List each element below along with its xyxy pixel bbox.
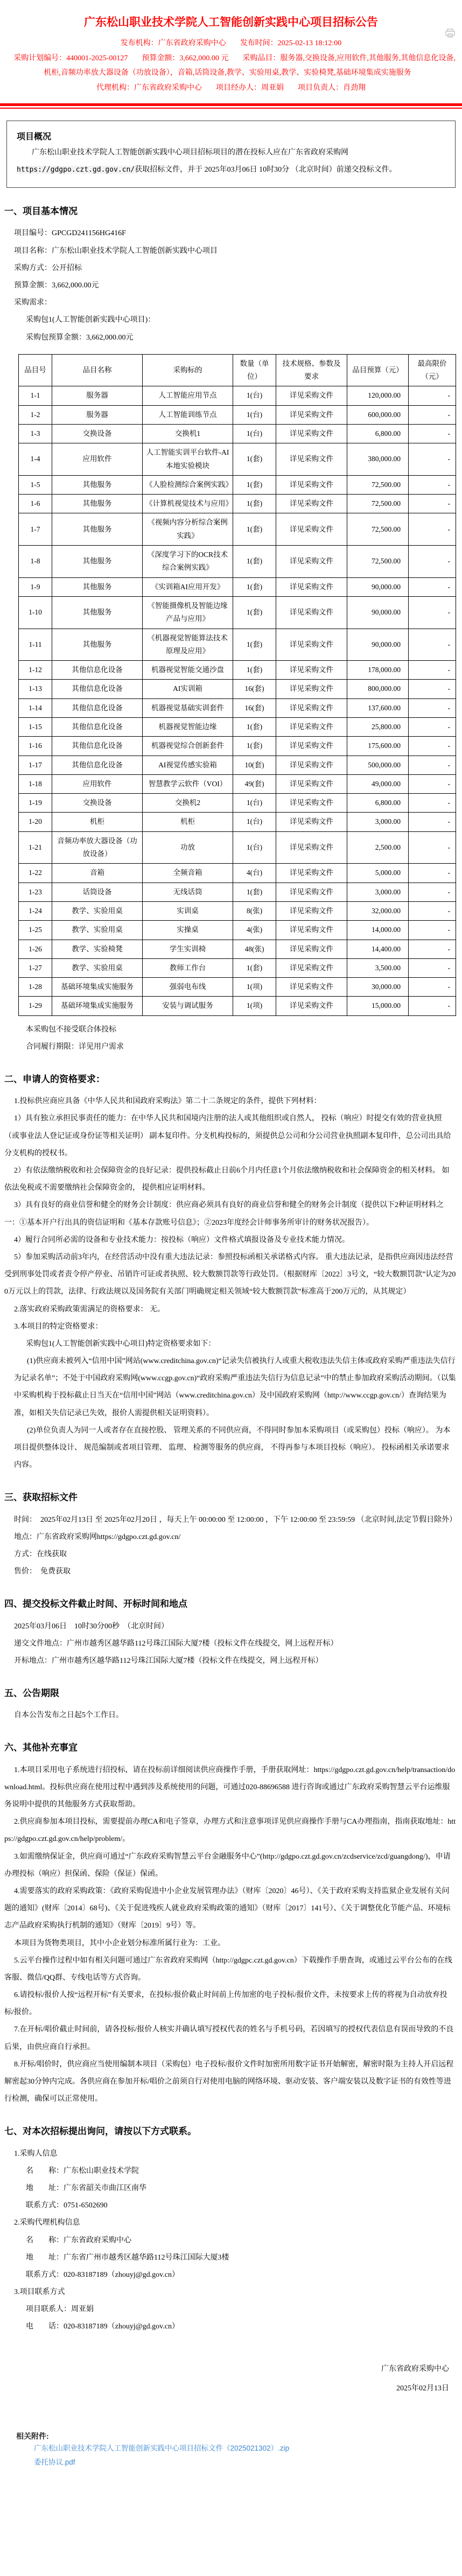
cell-price-cap: -	[409, 513, 456, 546]
cell-item-name: 其他服务	[52, 596, 143, 629]
cell-target: 《实训箱AI应用开发》	[143, 577, 233, 596]
procurement-site-url: https://gdgpo.czt.gd.gov.cn/	[17, 166, 135, 174]
paragraph: 5）参加采购活动前3年内，在经营活动中没有重大违法记录：参照投标函相关承诺格式内…	[4, 1249, 457, 1301]
paragraph: 地 址：广东省韶关市曲江区南华	[4, 2180, 457, 2197]
signature-date: 2025年02月13日	[4, 2379, 449, 2398]
cell-quantity: 49(套)	[233, 774, 276, 793]
cell-price-cap: -	[409, 577, 456, 596]
cell-price-cap: -	[409, 883, 456, 901]
cell-item-no: 1-14	[19, 698, 52, 717]
cell-price-cap: -	[409, 831, 456, 864]
cell-quantity: 16(套)	[233, 698, 276, 717]
cell-quantity: 8(张)	[233, 901, 276, 920]
cell-item-name: 音箱	[52, 864, 143, 883]
cell-target: 学生实训椅	[143, 940, 233, 958]
table-row: 1-14 其他信息化设备 机器视觉基础实训套件 16(套) 详见采购文件 137…	[19, 698, 456, 717]
cell-item-name: 其他服务	[52, 513, 143, 546]
cell-budget: 49,000.00	[347, 774, 409, 793]
paragraph: 2.供应商参加本项目投标，需要提前办理CA和电子签章，办理方式和注意事项详见供应…	[4, 1813, 457, 1848]
cell-target: 机柜	[143, 813, 233, 831]
table-row: 1-27 教学、实验用桌 教师工作台 1(套) 详见采购文件 3,500.00 …	[19, 958, 456, 977]
table-row: 1-16 其他信息化设备 机器视觉综合创新套件 1(套) 详见采购文件 175,…	[19, 737, 456, 756]
cell-item-no: 1-28	[19, 978, 52, 997]
table-row: 1-10 其他服务 《智能摄像机及智能边缘产品与应用》 1(套) 详见采购文件 …	[19, 596, 456, 629]
print-button[interactable]	[445, 28, 456, 39]
cell-target: 机器视觉智能交通沙盘	[143, 661, 233, 680]
cell-quantity: 1(套)	[233, 577, 276, 596]
cell-price-cap: -	[409, 940, 456, 958]
paragraph: 6.请投标/报价人按“远程开标”有关要求，在投标/报价截止时间前上传加密的电子投…	[4, 1987, 457, 2021]
table-row: 1-12 其他信息化设备 机器视觉智能交通沙盘 1(套) 详见采购文件 178,…	[19, 661, 456, 680]
cell-tech-spec: 详见采购文件	[276, 513, 347, 546]
cell-budget: 14,400.00	[347, 940, 409, 958]
cell-budget: 72,500.00	[347, 546, 409, 578]
cell-budget: 137,600.00	[347, 698, 409, 717]
cell-item-name: 其他服务	[52, 577, 143, 596]
table-row: 1-6 其他服务 《计算机视觉技术与应用》 1(套) 详见采购文件 72,500…	[19, 495, 456, 513]
cell-item-no: 1-25	[19, 921, 52, 940]
cell-quantity: 1(套)	[233, 513, 276, 546]
col-header-quantity: 数量（单位）	[233, 354, 276, 386]
cell-item-name: 教学、实验用桌	[52, 958, 143, 977]
cell-budget: 380,000.00	[347, 443, 409, 476]
cell-target: AI实训箱	[143, 680, 233, 698]
cell-tech-spec: 详见采购文件	[276, 813, 347, 831]
cell-tech-spec: 详见采购文件	[276, 958, 347, 977]
cell-price-cap: -	[409, 813, 456, 831]
cell-item-no: 1-24	[19, 901, 52, 920]
cell-tech-spec: 详见采购文件	[276, 737, 347, 756]
meta-pair: 项目经办人：周亚娟	[216, 84, 284, 92]
cell-quantity: 1(套)	[233, 443, 276, 476]
paragraph: 采购包1(人工智能创新实践中心项目)特定资格要求如下：	[4, 1336, 457, 1353]
paragraph: 地 址：广东省广州市越秀区越华路112号珠江国际大厦3楼	[4, 2249, 457, 2267]
cell-tech-spec: 详见采购文件	[276, 495, 347, 513]
cell-item-name: 其他服务	[52, 475, 143, 494]
cell-budget: 800,000.00	[347, 680, 409, 698]
cell-tech-spec: 详见采购文件	[276, 661, 347, 680]
cell-price-cap: -	[409, 774, 456, 793]
cell-tech-spec: 详见采购文件	[276, 774, 347, 793]
paragraph: 3.如需缴纳保证金，供应商可通过“广东政府采购智慧云平台金融服务中心”(http…	[4, 1848, 457, 1883]
meta-pair: 发布机构：广东省政府采购中心	[121, 39, 226, 47]
cell-tech-spec: 详见采购文件	[276, 680, 347, 698]
cell-price-cap: -	[409, 737, 456, 756]
cell-target: 机器视觉基础实训套件	[143, 698, 233, 717]
cell-quantity: 1(套)	[233, 717, 276, 736]
col-header-price-cap: 最高限价（元）	[409, 354, 456, 386]
paragraph: 1.本项目采用电子系统进行招投标，请在投标前详细阅读供应商操作手册，手册获取网址…	[4, 1762, 457, 1814]
cell-tech-spec: 详见采购文件	[276, 883, 347, 901]
red-divider	[0, 103, 462, 109]
cell-target: 无线话筒	[143, 883, 233, 901]
paragraph: 自本公告发布之日起5个工作日。	[4, 1707, 457, 1724]
cell-item-no: 1-7	[19, 513, 52, 546]
cell-price-cap: -	[409, 495, 456, 513]
paragraph: 递交文件地点：广州市越秀区越华路112号珠江国际大厦7楼（投标文件在线提交，网上…	[4, 1635, 457, 1653]
table-row: 1-19 交换设备 交换机2 1(台) 详见采购文件 6,800.00 -	[19, 794, 456, 813]
cell-item-no: 1-27	[19, 958, 52, 977]
cell-item-no: 1-2	[19, 405, 52, 424]
paragraph: 3.项目联系方式	[4, 2284, 457, 2301]
paragraph: 预算金额：3,662,000.00元	[4, 277, 457, 294]
cell-target: 强弱电布线	[143, 978, 233, 997]
printer-icon	[445, 28, 456, 39]
cell-budget: 6,800.00	[347, 794, 409, 813]
section-heading-deadline-opening: 四、提交投标文件截止时间、开标时间和地点	[4, 1597, 457, 1611]
col-header-target: 采购标的	[143, 354, 233, 386]
cell-price-cap: -	[409, 680, 456, 698]
cell-tech-spec: 详见采购文件	[276, 577, 347, 596]
cell-price-cap: -	[409, 864, 456, 883]
cell-quantity: 1(套)	[233, 958, 276, 977]
cell-item-name: 其他信息化设备	[52, 737, 143, 756]
cell-item-name: 应用软件	[52, 443, 143, 476]
cell-tech-spec: 详见采购文件	[276, 475, 347, 494]
cell-budget: 175,600.00	[347, 737, 409, 756]
paragraph: 2）有依法缴纳税收和社会保障资金的良好记录：提供投标截止日前6个月内任意1个月依…	[4, 1162, 457, 1197]
cell-price-cap: -	[409, 978, 456, 997]
cell-tech-spec: 详见采购文件	[276, 831, 347, 864]
cell-quantity: 1(项)	[233, 997, 276, 1015]
cell-quantity: 4(台)	[233, 864, 276, 883]
cell-price-cap: -	[409, 661, 456, 680]
cell-item-no: 1-9	[19, 577, 52, 596]
table-row: 1-5 其他服务 《人脸检测综合案例实践》 1(套) 详见采购文件 72,500…	[19, 475, 456, 494]
cell-item-name: 交换设备	[52, 424, 143, 443]
cell-tech-spec: 详见采购文件	[276, 405, 347, 424]
table-row: 1-28 基础环境集成实施服务 强弱电布线 1(项) 详见采购文件 30,000…	[19, 978, 456, 997]
cell-tech-spec: 详见采购文件	[276, 596, 347, 629]
cell-tech-spec: 详见采购文件	[276, 546, 347, 578]
announcement-body: 一、项目基本情况 项目编号：GPCGD241156HG416F项目名称：广东松山…	[0, 204, 462, 2469]
cell-item-no: 1-1	[19, 386, 52, 405]
cell-price-cap: -	[409, 901, 456, 920]
col-header-item-no: 品目号	[19, 354, 52, 386]
cell-item-no: 1-23	[19, 883, 52, 901]
cell-item-no: 1-29	[19, 997, 52, 1015]
cell-target: 教师工作台	[143, 958, 233, 977]
cell-item-no: 1-13	[19, 680, 52, 698]
cell-budget: 6,800.00	[347, 424, 409, 443]
cell-item-no: 1-8	[19, 546, 52, 578]
cell-item-name: 服务器	[52, 386, 143, 405]
paragraph: (1)供应商未被列入“信用中国”网站(www.creditchina.gov.c…	[14, 1353, 457, 1422]
section-basic-info-top: 项目编号：GPCGD241156HG416F项目名称：广东松山职业技术学院人工智…	[4, 225, 457, 346]
cell-tech-spec: 详见采购文件	[276, 901, 347, 920]
cell-item-name: 其他信息化设备	[52, 680, 143, 698]
cell-budget: 90,000.00	[347, 577, 409, 596]
cell-tech-spec: 详见采购文件	[276, 443, 347, 476]
cell-item-name: 其他信息化设备	[52, 698, 143, 717]
paragraph: 名 称：广东松山职业技术学院	[4, 2163, 457, 2180]
cell-target: 人工智能应用节点	[143, 386, 233, 405]
paragraph: 项目联系人：周亚娟	[4, 2301, 457, 2318]
meta-pair: 代理机构：广东省政府采购中心	[96, 84, 202, 92]
meta-pair: 项目负责人：肖劲翔	[298, 84, 366, 92]
paragraph: 本项目为货物类项目，其中小企业划分标准所属行业为：工业。	[4, 1935, 457, 1952]
cell-quantity: 1(台)	[233, 813, 276, 831]
paragraph: 8.开标/唱价时，供应商应当使用编制本项目（采购包）电子投标/报价文件时加密所用…	[4, 2056, 457, 2108]
section-contacts: 1.采购人信息名 称：广东松山职业技术学院地 址：广东省韶关市曲江区南华联系方式…	[4, 2146, 457, 2336]
attachment-links: 广东松山职业技术学院人工智能创新实践中心项目招标文件（2025021302）.z…	[4, 2441, 457, 2469]
paragraph: 开标地点：广州市越秀区越华路112号珠江国际大厦7楼（投标文件在线提交，网上远程…	[4, 1653, 457, 1670]
paragraph: 时间： 2025年02月13日 至 2025年02月20日 ，每天上午 00:0…	[4, 1512, 457, 1529]
cell-quantity: 1(套)	[233, 546, 276, 578]
attachment-link[interactable]: 委托协议.pdf	[4, 2455, 457, 2469]
cell-tech-spec: 详见采购文件	[276, 629, 347, 661]
cell-tech-spec: 详见采购文件	[276, 717, 347, 736]
section-heading-announcement-period: 五、公告期限	[4, 1686, 457, 1700]
table-row: 1-20 机柜 机柜 1(台) 详见采购文件 3,000.00 -	[19, 813, 456, 831]
cell-quantity: 1(套)	[233, 475, 276, 494]
table-row: 1-17 其他信息化设备 AI视觉传感实验箱 10(套) 详见采购文件 500,…	[19, 756, 456, 774]
table-row: 1-24 教学、实验用桌 实训桌 8(张) 详见采购文件 32,000.00 -	[19, 901, 456, 920]
paragraph: 售价： 免费获取	[4, 1563, 457, 1580]
table-row: 1-15 其他信息化设备 机器视觉智能边缘 1(套) 详见采购文件 25,800…	[19, 717, 456, 736]
col-header-tech-spec: 技术规格、参数及要求	[276, 354, 347, 386]
cell-price-cap: -	[409, 997, 456, 1015]
table-row: 1-25 教学、实验用桌 实操桌 4(张) 详见采购文件 14,000.00 -	[19, 921, 456, 940]
cell-item-name: 交换设备	[52, 794, 143, 813]
col-header-budget: 品目预算（元）	[347, 354, 409, 386]
paragraph: 名 称：广东省政府采购中心	[4, 2232, 457, 2249]
overview-text-before: 广东松山职业技术学院人工智能创新实践中心项目招标项目的潜在投标人应在广东省政府采…	[32, 149, 348, 157]
cell-item-no: 1-21	[19, 831, 52, 864]
paragraph: 2.采购代理机构信息	[4, 2214, 457, 2232]
announcement-page: 广东松山职业技术学院人工智能创新实践中心项目招标公告 发布机构：广东省政府采购中…	[0, 14, 462, 2576]
cell-target: 交换机2	[143, 794, 233, 813]
overview-title: 项目概况	[17, 130, 445, 142]
cell-price-cap: -	[409, 546, 456, 578]
cell-target: 机器视觉智能边缘	[143, 717, 233, 736]
signature-org: 广东省政府采购中心	[4, 2360, 449, 2379]
cell-target: 《深度学习下的OCR技术综合案例实践》	[143, 546, 233, 578]
cell-budget: 5,000.00	[347, 864, 409, 883]
cell-target: 人工智能实训平台软件-AI本地实验模块	[143, 443, 233, 476]
cell-tech-spec: 详见采购文件	[276, 424, 347, 443]
meta-line-agency: 代理机构：广东省政府采购中心项目经办人：周亚娟项目负责人：肖劲翔	[3, 81, 459, 96]
cell-price-cap: -	[409, 386, 456, 405]
cell-item-no: 1-11	[19, 629, 52, 661]
cell-quantity: 1(台)	[233, 405, 276, 424]
cell-budget: 90,000.00	[347, 596, 409, 629]
cell-budget: 90,000.00	[347, 629, 409, 661]
cell-quantity: 1(台)	[233, 386, 276, 405]
cell-budget: 15,000.00	[347, 997, 409, 1015]
cell-target: 功放	[143, 831, 233, 864]
cell-price-cap: -	[409, 794, 456, 813]
cell-tech-spec: 详见采购文件	[276, 978, 347, 997]
cell-target: 全频音箱	[143, 864, 233, 883]
paragraph: 2025年03月06日 10时30分00秒 （北京时间）	[4, 1618, 457, 1635]
col-header-item-name: 品目名称	[52, 354, 143, 386]
cell-tech-spec: 详见采购文件	[276, 756, 347, 774]
cell-budget: 500,000.00	[347, 756, 409, 774]
paragraph: 合同履行期限：详见用户需求	[4, 1039, 457, 1056]
table-row: 1-11 其他服务 《机器视觉智能算法技术原理及应用》 1(套) 详见采购文件 …	[19, 629, 456, 661]
cell-quantity: 1(套)	[233, 883, 276, 901]
table-row: 1-7 其他服务 《视频内容分析综合案例实践》 1(套) 详见采购文件 72,5…	[19, 513, 456, 546]
paragraph: 采购方式：公开招标	[4, 260, 457, 277]
cell-item-name: 基础环境集成实施服务	[52, 997, 143, 1015]
meta-pair: 预算金额：3,662,000.00 元	[142, 54, 228, 62]
cell-item-name: 服务器	[52, 405, 143, 424]
section-heading-obtain-documents: 三、获取招标文件	[4, 1490, 457, 1505]
cell-item-no: 1-5	[19, 475, 52, 494]
procurement-items-table: 品目号 品目名称 采购标的 数量（单位） 技术规格、参数及要求 品目预算（元） …	[18, 354, 456, 1016]
paragraph: 采购包1(人工智能创新实践中心项目)：	[4, 312, 457, 329]
cell-price-cap: -	[409, 629, 456, 661]
section-obtain-documents: 时间： 2025年02月13日 至 2025年02月20日 ，每天上午 00:0…	[4, 1512, 457, 1581]
cell-item-no: 1-26	[19, 940, 52, 958]
cell-quantity: 1(台)	[233, 424, 276, 443]
cell-price-cap: -	[409, 921, 456, 940]
project-overview-box: 项目概况 广东松山职业技术学院人工智能创新实践中心项目招标项目的潜在投标人应在广…	[6, 121, 456, 188]
cell-item-name: 其他信息化设备	[52, 661, 143, 680]
paragraph: 方式：在线获取	[4, 1546, 457, 1563]
cell-target: 安装与调试服务	[143, 997, 233, 1015]
paragraph: 地点：广东省政府采购网https://gdgpo.czt.gd.gov.cn/	[4, 1529, 457, 1546]
cell-item-no: 1-4	[19, 443, 52, 476]
cell-quantity: 1(套)	[233, 495, 276, 513]
cell-item-name: 机柜	[52, 813, 143, 831]
cell-quantity: 16(套)	[233, 680, 276, 698]
cell-tech-spec: 详见采购文件	[276, 698, 347, 717]
attachment-link[interactable]: 广东松山职业技术学院人工智能创新实践中心项目招标文件（2025021302）.z…	[4, 2441, 457, 2455]
cell-budget: 32,000.00	[347, 901, 409, 920]
table-row: 1-29 基础环境集成实施服务 安装与调试服务 1(项) 详见采购文件 15,0…	[19, 997, 456, 1015]
paragraph: 4）履行合同所必需的设备和专业技术能力：按投标（响应）文件格式填报设备及专业技术…	[4, 1232, 457, 1249]
cell-target: 《人脸检测综合案例实践》	[143, 475, 233, 494]
cell-budget: 3,500.00	[347, 958, 409, 977]
paragraph: 7.在开标/唱价截止时间前，请各投标/报价人核实并确认填写授权代表的姓名与手机号…	[4, 2021, 457, 2056]
cell-item-name: 其他服务	[52, 629, 143, 661]
cell-item-no: 1-16	[19, 737, 52, 756]
cell-item-name: 基础环境集成实施服务	[52, 978, 143, 997]
page-title: 广东松山职业技术学院人工智能创新实践中心项目招标公告	[22, 14, 440, 31]
cell-budget: 72,500.00	[347, 495, 409, 513]
cell-quantity: 1(台)	[233, 794, 276, 813]
cell-target: 实操桌	[143, 921, 233, 940]
table-row: 1-23 话筒设备 无线话筒 1(套) 详见采购文件 3,000.00 -	[19, 883, 456, 901]
table-row: 1-4 应用软件 人工智能实训平台软件-AI本地实验模块 1(套) 详见采购文件…	[19, 443, 456, 476]
cell-budget: 2,500.00	[347, 831, 409, 864]
cell-target: 实训桌	[143, 901, 233, 920]
section-qualification: 1.投标供应商应具备《中华人民共和国政府采购法》第二十二条规定的条件，提供下列材…	[4, 1093, 457, 1474]
paragraph: 采购包预算金额：3,662,000.00元	[4, 329, 457, 347]
cell-quantity: 1(套)	[233, 661, 276, 680]
table-row: 1-9 其他服务 《实训箱AI应用开发》 1(套) 详见采购文件 90,000.…	[19, 577, 456, 596]
cell-budget: 178,000.00	[347, 661, 409, 680]
cell-quantity: 48(张)	[233, 940, 276, 958]
cell-tech-spec: 详见采购文件	[276, 864, 347, 883]
cell-item-no: 1-22	[19, 864, 52, 883]
cell-budget: 600,000.00	[347, 405, 409, 424]
cell-target: 《智能摄像机及智能边缘产品与应用》	[143, 596, 233, 629]
table-row: 1-21 音频功率放大器设备（功放设备） 功放 1(台) 详见采购文件 2,50…	[19, 831, 456, 864]
cell-price-cap: -	[409, 756, 456, 774]
section-supplementary: 1.本项目采用电子系统进行招投标，请在投标前详细阅读供应商操作手册，手册获取网址…	[4, 1762, 457, 2108]
cell-item-no: 1-18	[19, 774, 52, 793]
cell-target: 智慧教学云软件（VOI）	[143, 774, 233, 793]
section-heading-supplementary: 六、其他补充事宜	[4, 1740, 457, 1755]
cell-quantity: 1(台)	[233, 831, 276, 864]
cell-item-name: 教学、实验用桌	[52, 901, 143, 920]
cell-tech-spec: 详见采购文件	[276, 940, 347, 958]
cell-price-cap: -	[409, 958, 456, 977]
cell-item-no: 1-15	[19, 717, 52, 736]
paragraph: 3）具有良好的商业信誉和健全的财务会计制度：供应商必须具有良好的商业信誉和健全的…	[4, 1197, 457, 1231]
cell-item-no: 1-3	[19, 424, 52, 443]
cell-item-no: 1-6	[19, 495, 52, 513]
cell-item-name: 音频功率放大器设备（功放设备）	[52, 831, 143, 864]
attachments-label: 相关附件:	[4, 2431, 457, 2441]
cell-item-no: 1-19	[19, 794, 52, 813]
meta-line-plan: 采购计划编号：440001-2025-00127预算金额：3,662,000.0…	[3, 52, 459, 80]
cell-budget: 72,500.00	[347, 513, 409, 546]
paragraph: 项目编号：GPCGD241156HG416F	[4, 225, 457, 242]
section-heading-contacts: 七、对本次招标提出询问，请按以下方式联系。	[4, 2124, 457, 2139]
table-row: 1-8 其他服务 《深度学习下的OCR技术综合案例实践》 1(套) 详见采购文件…	[19, 546, 456, 578]
paragraph: 项目名称：广东松山职业技术学院人工智能创新实践中心项目	[4, 243, 457, 260]
table-row: 1-1 服务器 人工智能应用节点 1(台) 详见采购文件 120,000.00 …	[19, 386, 456, 405]
section-heading-basic-info: 一、项目基本情况	[4, 204, 457, 218]
paragraph: (2)单位负责人为同一人或者存在直接控股、 管理关系的不同供应商，不得同时参加本…	[14, 1422, 457, 1474]
cell-price-cap: -	[409, 443, 456, 476]
paragraph: 1.投标供应商应具备《中华人民共和国政府采购法》第二十二条规定的条件，提供下列材…	[4, 1093, 457, 1110]
cell-price-cap: -	[409, 475, 456, 494]
meta-line-publisher: 发布机构：广东省政府采购中心发布时间：2025-02-13 18:12:00	[3, 37, 459, 51]
signature-block: 广东省政府采购中心 2025年02月13日	[4, 2360, 457, 2399]
cell-price-cap: -	[409, 717, 456, 736]
cell-quantity: 10(套)	[233, 756, 276, 774]
cell-target: 《机器视觉智能算法技术原理及应用》	[143, 629, 233, 661]
table-header-row: 品目号 品目名称 采购标的 数量（单位） 技术规格、参数及要求 品目预算（元） …	[19, 354, 456, 386]
cell-budget: 3,000.00	[347, 883, 409, 901]
cell-budget: 25,800.00	[347, 717, 409, 736]
cell-item-name: 应用软件	[52, 774, 143, 793]
cell-target: 人工智能训练节点	[143, 405, 233, 424]
meta-pair: 采购计划编号：440001-2025-00127	[13, 54, 128, 62]
cell-item-name: 其他服务	[52, 546, 143, 578]
paragraph: 联系方式：020-83187189（zhouyj@gd.gov.cn）	[4, 2267, 457, 2284]
paragraph: 1）具有独立承担民事责任的能力：在中华人民共和国境内注册的法人或其他组织或自然人…	[4, 1110, 457, 1162]
cell-budget: 14,000.00	[347, 921, 409, 940]
paragraph: 本采购包不接受联合体投标	[4, 1021, 457, 1039]
table-row: 1-22 音箱 全频音箱 4(台) 详见采购文件 5,000.00 -	[19, 864, 456, 883]
attachments-block: 相关附件: 广东松山职业技术学院人工智能创新实践中心项目招标文件（2025021…	[4, 2431, 457, 2469]
cell-target: 《视频内容分析综合案例实践》	[143, 513, 233, 546]
table-row: 1-2 服务器 人工智能训练节点 1(台) 详见采购文件 600,000.00 …	[19, 405, 456, 424]
overview-text-after: 获取招标文件，并于 2025年03月06日 10时30分 （北京时间）前递交投标…	[135, 166, 397, 174]
cell-budget: 120,000.00	[347, 386, 409, 405]
section-announcement-period: 自本公告发布之日起5个工作日。	[4, 1707, 457, 1724]
paragraph: 4.需要落实的政府采购政策：《政府采购促进中小企业发展管理办法》（财库〔2020…	[4, 1883, 457, 1935]
cell-target: 机器视觉综合创新套件	[143, 737, 233, 756]
cell-tech-spec: 详见采购文件	[276, 386, 347, 405]
cell-target: 《计算机视觉技术与应用》	[143, 495, 233, 513]
cell-price-cap: -	[409, 596, 456, 629]
cell-item-name: 其他信息化设备	[52, 756, 143, 774]
section-basic-info-bottom: 本采购包不接受联合体投标合同履行期限：详见用户需求	[4, 1021, 457, 1056]
paragraph: 3.本项目的特定资格要求：	[4, 1318, 457, 1336]
cell-quantity: 4(张)	[233, 921, 276, 940]
cell-item-no: 1-20	[19, 813, 52, 831]
table-row: 1-3 交换设备 交换机1 1(台) 详见采购文件 6,800.00 -	[19, 424, 456, 443]
cell-target: AI视觉传感实验箱	[143, 756, 233, 774]
cell-price-cap: -	[409, 424, 456, 443]
